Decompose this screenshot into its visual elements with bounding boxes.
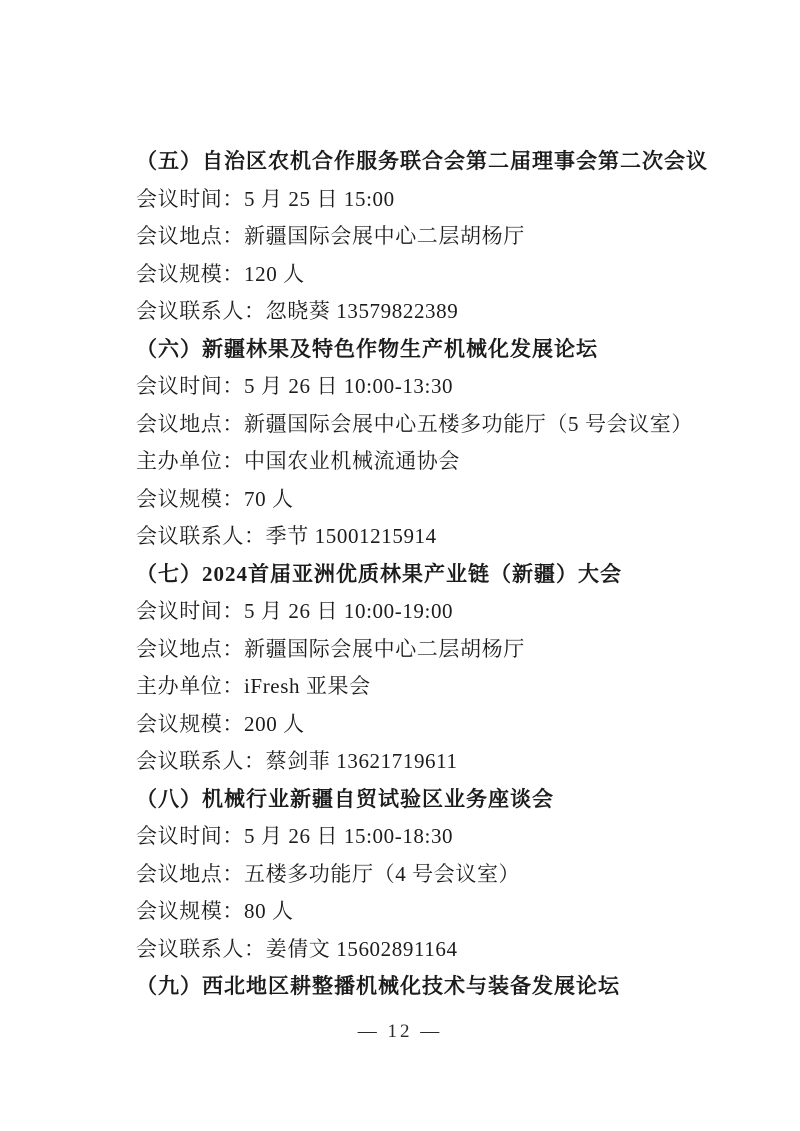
section-6-title: （六）新疆林果及特色作物生产机械化发展论坛 [136,331,736,369]
section-8-scale: 会议规模：80 人 [136,893,736,931]
section-8-location: 会议地点：五楼多功能厅（4 号会议室） [136,856,736,894]
document-page: （五）自治区农机合作服务联合会第二届理事会第二次会议 会议时间：5 月 25 日… [0,0,800,1131]
section-6-scale: 会议规模：70 人 [136,481,736,519]
section-5-scale: 会议规模：120 人 [136,256,736,294]
section-7-contact: 会议联系人：蔡剑菲 13621719611 [136,743,736,781]
section-9-title: （九）西北地区耕整播机械化技术与装备发展论坛 [136,968,736,1006]
section-7-location: 会议地点：新疆国际会展中心二层胡杨厅 [136,631,736,669]
page-number: — 12 — [0,1021,800,1043]
section-6-time: 会议时间：5 月 26 日 10:00-13:30 [136,368,736,406]
section-8-time: 会议时间：5 月 26 日 15:00-18:30 [136,818,736,856]
section-7-time: 会议时间：5 月 26 日 10:00-19:00 [136,593,736,631]
section-7-scale: 会议规模：200 人 [136,706,736,744]
section-5-title: （五）自治区农机合作服务联合会第二届理事会第二次会议 [136,143,736,181]
section-5-contact: 会议联系人：忽晓葵 13579822389 [136,293,736,331]
section-5-time: 会议时间：5 月 25 日 15:00 [136,181,736,219]
section-7-organizer: 主办单位：iFresh 亚果会 [136,668,736,706]
section-6-contact: 会议联系人：季节 15001215914 [136,518,736,556]
section-7-title: （七）2024首届亚洲优质林果产业链（新疆）大会 [136,556,736,594]
document-body: （五）自治区农机合作服务联合会第二届理事会第二次会议 会议时间：5 月 25 日… [136,143,736,1006]
section-6-organizer: 主办单位：中国农业机械流通协会 [136,443,736,481]
section-8-title: （八）机械行业新疆自贸试验区业务座谈会 [136,781,736,819]
section-8-contact: 会议联系人：姜倩文 15602891164 [136,931,736,969]
section-5-location: 会议地点：新疆国际会展中心二层胡杨厅 [136,218,736,256]
section-6-location: 会议地点：新疆国际会展中心五楼多功能厅（5 号会议室） [136,406,736,444]
